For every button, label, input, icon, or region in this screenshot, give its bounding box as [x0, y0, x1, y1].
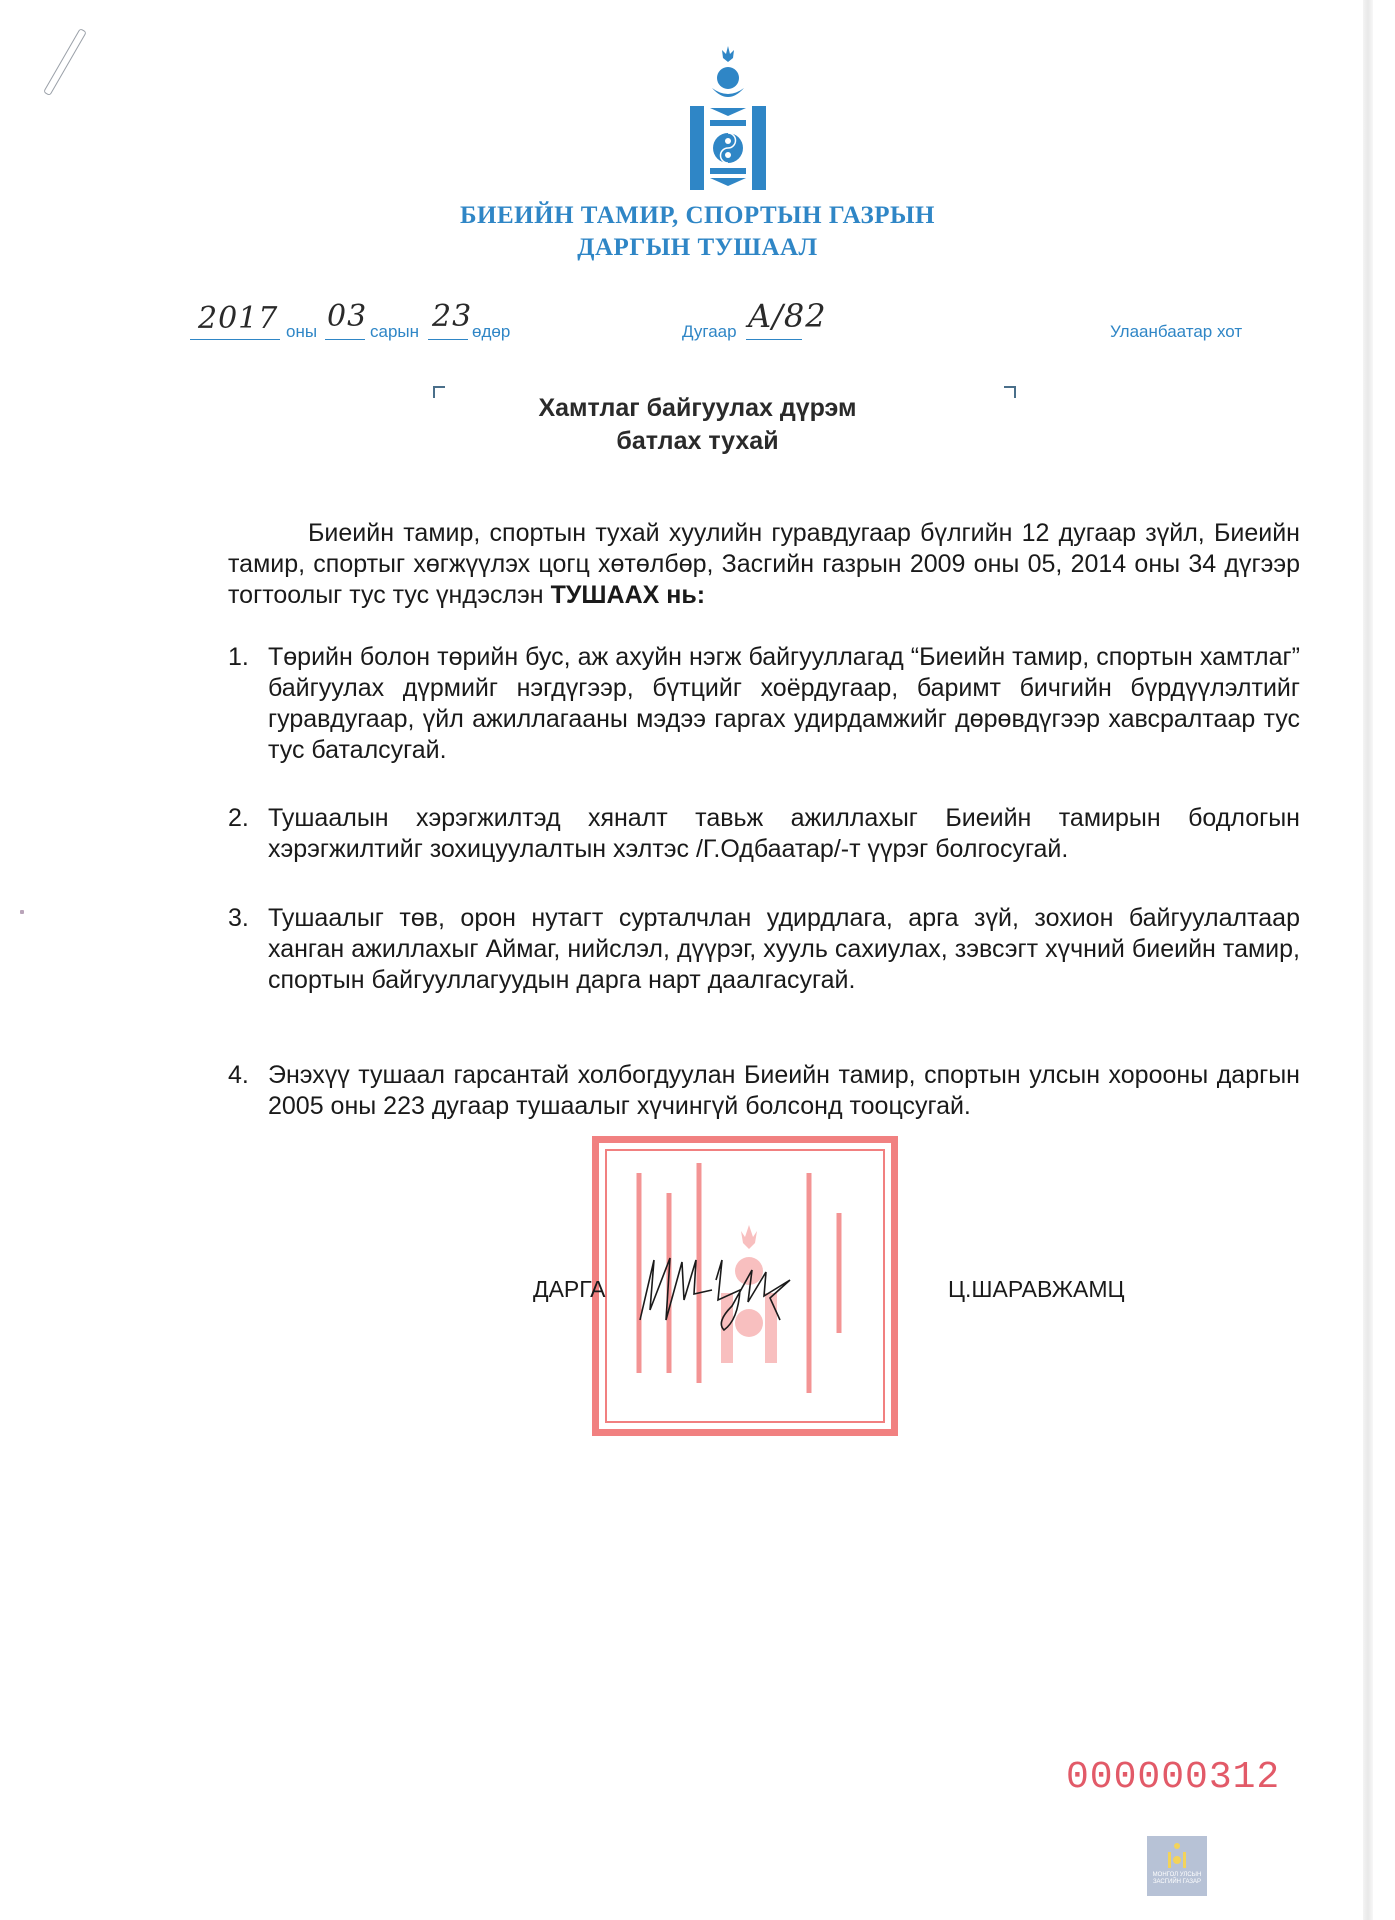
- gov-logo-text: ЗАСГИЙН ГАЗАР: [1147, 1879, 1207, 1886]
- order-keyword: ТУШААХ нь:: [551, 581, 705, 609]
- item-number: 3.: [228, 903, 249, 934]
- item-number: 1.: [228, 642, 249, 673]
- document-type: ДАРГЫН ТУШААЛ: [0, 234, 1395, 262]
- item-number: 2.: [228, 803, 249, 834]
- subject-title: Хамтлаг байгуулах дүрэм батлах тухай: [0, 392, 1395, 458]
- year-label: оны: [286, 322, 317, 342]
- day-field: 23: [428, 305, 468, 340]
- number-label: Дугаар: [682, 322, 737, 342]
- month-label: сарын: [370, 322, 419, 342]
- soyombo-emblem-icon: [688, 44, 768, 192]
- item-text: Төрийн болон төрийн бус, аж ахуйн нэгж б…: [268, 642, 1300, 766]
- year-field: 2017: [190, 305, 280, 340]
- order-item: 4. Энэхүү тушаал гарсантай холбогдуулан …: [268, 1060, 1300, 1122]
- month-value: 03: [327, 299, 367, 334]
- item-text: Тушаалын хэрэгжилтэд хяналт тавьж ажилла…: [268, 803, 1300, 865]
- subject-line: Хамтлаг байгуулах дүрэм: [0, 392, 1395, 425]
- month-field: 03: [325, 305, 365, 340]
- agency-name: БИЕИЙН ТАМИР, СПОРТЫН ГАЗРЫН: [0, 202, 1395, 230]
- signatory-name: Ц.ШАРАВЖАМЦ: [948, 1276, 1125, 1303]
- item-number: 4.: [228, 1060, 249, 1091]
- item-text: Тушаалыг төв, орон нутагт сурталчлан уди…: [268, 903, 1300, 996]
- item-text: Энэхүү тушаал гарсантай холбогдуулан Бие…: [268, 1060, 1300, 1122]
- preamble-text: Биеийн тамир, спортын тухай хуулийн гура…: [228, 519, 1300, 609]
- gov-logo-text: МОНГОЛ УЛСЫН: [1147, 1872, 1207, 1879]
- government-logo: МОНГОЛ УЛСЫН ЗАСГИЙН ГАЗАР: [1147, 1836, 1207, 1896]
- day-label: өдөр: [472, 322, 510, 342]
- order-item: 1. Төрийн болон төрийн бус, аж ахуйн нэг…: [268, 642, 1300, 766]
- number-value: A/82: [748, 297, 827, 335]
- day-value: 23: [432, 299, 472, 334]
- signatory-title: ДАРГА: [533, 1276, 606, 1303]
- number-field: A/82: [746, 305, 802, 340]
- soyombo-emblem-icon: [1167, 1840, 1187, 1870]
- scan-edge: [1363, 0, 1373, 1920]
- order-item: 2. Тушаалын хэрэгжилтэд хяналт тавьж ажи…: [268, 803, 1300, 865]
- place-label: Улаанбаатар хот: [1110, 322, 1242, 342]
- serial-number-stamp: 000000312: [1066, 1756, 1280, 1799]
- preamble: Биеийн тамир, спортын тухай хуулийн гура…: [228, 518, 1300, 611]
- year-value: 2017: [198, 301, 278, 336]
- scan-speck: [20, 910, 24, 914]
- order-item: 3. Тушаалыг төв, орон нутагт сурталчлан …: [268, 903, 1300, 996]
- handwritten-signature-icon: [620, 1250, 850, 1340]
- subject-line: батлах тухай: [0, 425, 1395, 458]
- staple-mark: [43, 28, 87, 96]
